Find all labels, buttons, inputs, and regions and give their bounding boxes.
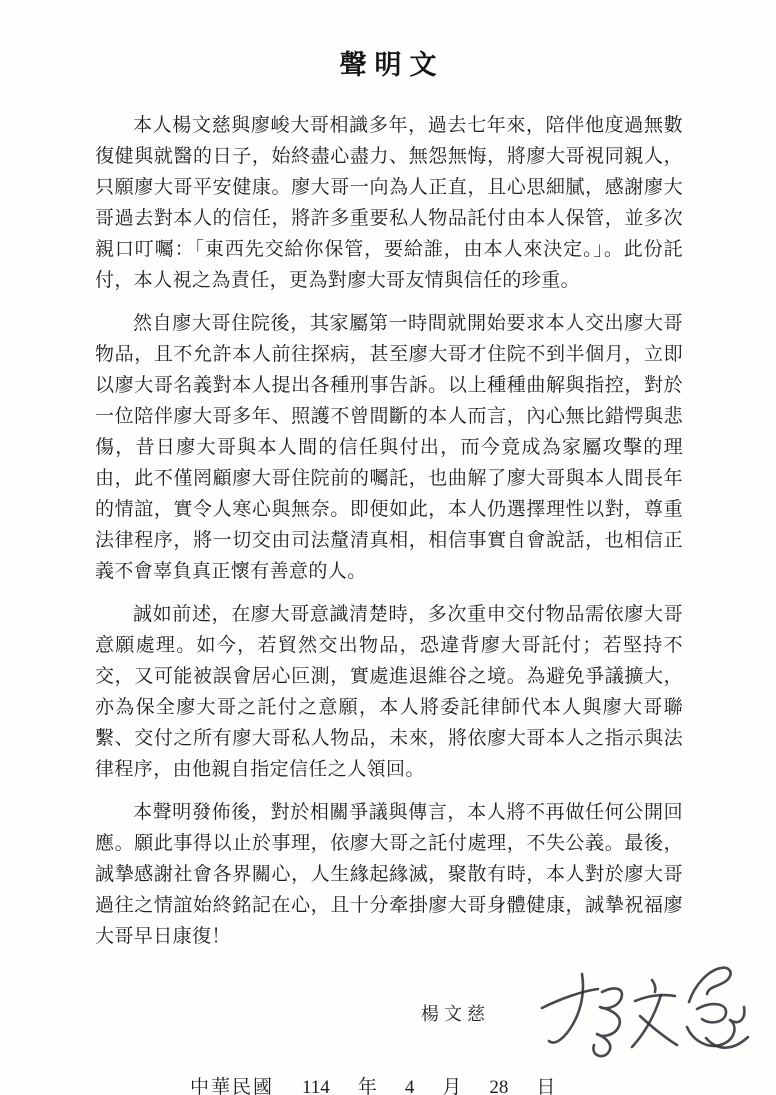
- date-line: 中華民國 114 年 4 月 28 日: [190, 1072, 776, 1095]
- paragraph-1: 本人楊文慈與廖峻大哥相識多年，過去七年來，陪伴他度過無數復健與就醫的日子，始終盡…: [95, 110, 683, 296]
- date-year-label: 年: [358, 1072, 377, 1095]
- signature-block: 楊文慈: [0, 962, 776, 1064]
- date-day-label: 日: [536, 1072, 555, 1095]
- date-day: 28: [489, 1077, 508, 1095]
- paragraph-4: 本聲明發佈後，對於相關爭議與傳言，本人將不再做任何公開回應。願此事得以止於事理，…: [95, 797, 683, 952]
- paragraph-3: 誠如前述，在廖大哥意識清楚時，多次重申交付物品需依廖大哥意願處理。如今，若貿然交…: [95, 599, 683, 785]
- handwritten-signature: [540, 962, 752, 1060]
- document-body: 本人楊文慈與廖峻大哥相識多年，過去七年來，陪伴他度過無數復健與就醫的日子，始終盡…: [95, 110, 683, 952]
- date-month-label: 月: [442, 1072, 461, 1095]
- document-title: 聲明文: [0, 0, 776, 82]
- date-era: 中華民國: [190, 1072, 274, 1095]
- date-month: 4: [405, 1077, 415, 1095]
- date-year: 114: [302, 1077, 330, 1095]
- statement-document-page: 聲明文 本人楊文慈與廖峻大哥相識多年，過去七年來，陪伴他度過無數復健與就醫的日子…: [0, 0, 776, 1095]
- signatory-printed-name: 楊文慈: [421, 1000, 490, 1026]
- paragraph-2: 然自廖大哥住院後，其家屬第一時間就開始要求本人交出廖大哥物品，且不允許本人前往探…: [95, 308, 683, 587]
